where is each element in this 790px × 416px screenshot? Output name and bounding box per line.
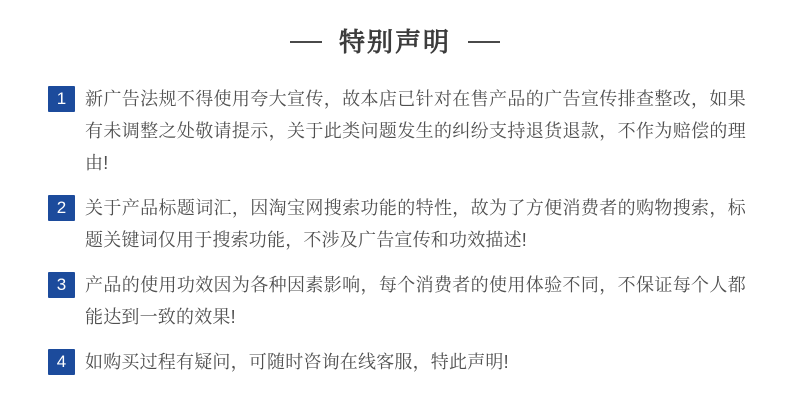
page-title: 特别声明 bbox=[339, 27, 451, 57]
title-row: 特别声明 bbox=[0, 0, 790, 57]
title-dash-left-icon bbox=[290, 41, 322, 43]
item-number-badge: 4 bbox=[48, 349, 75, 375]
statement-list: 1 新广告法规不得使用夸大宣传，故本店已针对在售产品的广告宣传排查整改，如果有未… bbox=[0, 57, 790, 378]
item-number-badge: 2 bbox=[48, 195, 75, 221]
title-dash-right-icon bbox=[468, 41, 500, 43]
statement-text: 新广告法规不得使用夸大宣传，故本店已针对在售产品的广告宣传排查整改，如果有未调整… bbox=[85, 83, 746, 179]
statement-item-2: 2 关于产品标题词汇，因淘宝网搜索功能的特性，故为了方便消费者的购物搜索，标题关… bbox=[48, 192, 746, 256]
special-statement-panel: 特别声明 1 新广告法规不得使用夸大宣传，故本店已针对在售产品的广告宣传排查整改… bbox=[0, 0, 790, 416]
statement-text: 产品的使用功效因为各种因素影响，每个消费者的使用体验不同，不保证每个人都能达到一… bbox=[85, 269, 746, 333]
item-number-badge: 1 bbox=[48, 86, 75, 112]
statement-text: 如购买过程有疑问，可随时咨询在线客服，特此声明! bbox=[85, 346, 746, 378]
statement-text: 关于产品标题词汇，因淘宝网搜索功能的特性，故为了方便消费者的购物搜索，标题关键词… bbox=[85, 192, 746, 256]
item-number-badge: 3 bbox=[48, 272, 75, 298]
statement-item-1: 1 新广告法规不得使用夸大宣传，故本店已针对在售产品的广告宣传排查整改，如果有未… bbox=[48, 83, 746, 179]
statement-item-4: 4 如购买过程有疑问，可随时咨询在线客服，特此声明! bbox=[48, 346, 746, 378]
statement-item-3: 3 产品的使用功效因为各种因素影响，每个消费者的使用体验不同，不保证每个人都能达… bbox=[48, 269, 746, 333]
